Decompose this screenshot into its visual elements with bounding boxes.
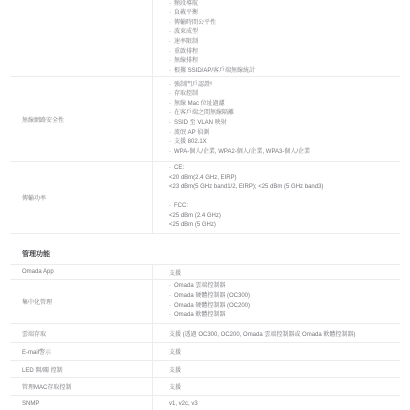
spec-value-line: Omada 硬體控制器 (OC200) [169, 302, 400, 312]
spec-value-cell: 支援 [152, 265, 400, 279]
spec-value-line: 無線 Mac 位址過濾 [169, 100, 400, 110]
spec-value-line: Omada 軟體控制器 [169, 311, 400, 321]
spec-value-line: <25 dBm (5 GHz) [169, 221, 400, 231]
spec-row-label: SNMP [10, 396, 152, 410]
spec-value-list: Omada 雲端控制器 Omada 硬體控制器 (OC300) Omada 硬體… [152, 280, 400, 323]
spec-row-label: LED 開/關 控制 [10, 361, 152, 377]
management-row-centralized-management: 集中化管理 Omada 雲端控制器 Omada 硬體控制器 (OC300) Om… [10, 280, 400, 324]
spec-value-line: 根據 SSID/AP/客戶端無線統計 [169, 67, 400, 77]
spec-value-cell: 支援 [152, 361, 400, 377]
spec-row-transmit-power: 傳輸功率 CE: <20 dBm(2.4 GHz, EIRP) <23 dBm(… [10, 162, 400, 234]
spec-row-label: 無線網路安全性 [10, 77, 152, 161]
spec-row-label: 集中化管理 [10, 280, 152, 323]
spec-value-line: <23 dBm(5 GHz band1/2, EIRP); <25 dBm (5… [169, 183, 400, 193]
spec-value-cell: 支援 (透過 OC300, OC200, Omada 雲端控制器或 Omada … [152, 324, 400, 342]
spec-value-line: <20 dBm(2.4 GHz, EIRP) [169, 174, 400, 184]
spec-value-line: 存取控制 [169, 90, 400, 100]
spec-value-line: FCC: [169, 202, 400, 212]
spec-value: 支援 [169, 268, 400, 277]
spec-value: 支援 [169, 347, 400, 356]
spec-value-line: 負載平衡 [169, 9, 400, 19]
spec-value-line: <25 dBm (2.4 GHz) [169, 212, 400, 222]
spec-row-label: 傳輸功率 [10, 162, 152, 233]
spec-row-label: 雲端存取 [10, 324, 152, 342]
spec-value-line: CE: [169, 164, 400, 174]
management-row-cloud-access: 雲端存取 支援 (透過 OC300, OC200, Omada 雲端控制器或 O… [10, 324, 400, 343]
spec-row-wireless-security: 無線網路安全性 強制門戶認證⁶ 存取控制 無線 Mac 位址過濾 在客戶端之間無… [10, 77, 400, 162]
spec-row-label [10, 0, 152, 76]
management-row-led-control: LED 開/關 控制 支援 [10, 361, 400, 378]
spec-value-line: 波束成型 [169, 28, 400, 38]
spec-value-line: 頻段導航 [169, 0, 400, 9]
spec-value-cell: v1, v2c, v3 [152, 396, 400, 410]
management-table: Omada App 支援 集中化管理 Omada 雲端控制器 Omada 硬體控… [10, 264, 400, 410]
spec-value-cell: 支援 [152, 378, 400, 395]
spec-value-line: 在客戶端之間無線隔離 [169, 109, 400, 119]
spec-row-wireless-functions: 頻段導航 負載平衡 傳輸時間公平性 波束成型 速率限制 重啟排程 無線排程 根據… [10, 0, 400, 77]
management-row-mac-access-control: 管理MAC存取控制 支援 [10, 378, 400, 396]
spec-value-list: 強制門戶認證⁶ 存取控制 無線 Mac 位址過濾 在客戶端之間無線隔離 SSID… [152, 77, 400, 161]
management-row-omada-app: Omada App 支援 [10, 265, 400, 280]
spec-value-spacer [169, 193, 400, 203]
spec-value-line: 傳輸時間公平性 [169, 19, 400, 29]
spec-value-line: Omada 雲端控制器 [169, 282, 400, 292]
spec-value-list: 頻段導航 負載平衡 傳輸時間公平性 波束成型 速率限制 重啟排程 無線排程 根據… [152, 0, 400, 76]
spec-value-line: SSID 至 VLAN 映射 [169, 119, 400, 129]
spec-value-line: 無線排程 [169, 57, 400, 67]
spec-value: 支援 [169, 365, 400, 374]
spec-value-line: 速率限制 [169, 38, 400, 48]
spec-value-list: CE: <20 dBm(2.4 GHz, EIRP) <23 dBm(5 GHz… [152, 162, 400, 233]
spec-row-label: E-mail警示 [10, 343, 152, 360]
spec-table: 頻段導航 負載平衡 傳輸時間公平性 波束成型 速率限制 重啟排程 無線排程 根據… [10, 0, 400, 234]
spec-value-line: Omada 硬體控制器 (OC300) [169, 292, 400, 302]
spec-value: 支援 (透過 OC300, OC200, Omada 雲端控制器或 Omada … [169, 329, 400, 338]
management-row-email-alert: E-mail警示 支援 [10, 343, 400, 361]
section-title-management: 管理功能 [22, 249, 50, 259]
spec-row-label: 管理MAC存取控制 [10, 378, 152, 395]
spec-value: v1, v2c, v3 [169, 401, 400, 407]
spec-value: 支援 [169, 382, 400, 391]
spec-value-line: 支援 802.1X [169, 138, 400, 148]
management-row-snmp: SNMP v1, v2c, v3 [10, 396, 400, 410]
spec-row-label: Omada App [10, 265, 152, 279]
spec-value-line: 流氓 AP 偵測 [169, 129, 400, 139]
spec-value-line: WPA-個人/企業, WPA2-個人/企業, WPA3-個人/企業 [169, 148, 400, 158]
spec-value-line: 強制門戶認證⁶ [169, 81, 400, 91]
spec-value-cell: 支援 [152, 343, 400, 360]
spec-value-line: 重啟排程 [169, 48, 400, 58]
